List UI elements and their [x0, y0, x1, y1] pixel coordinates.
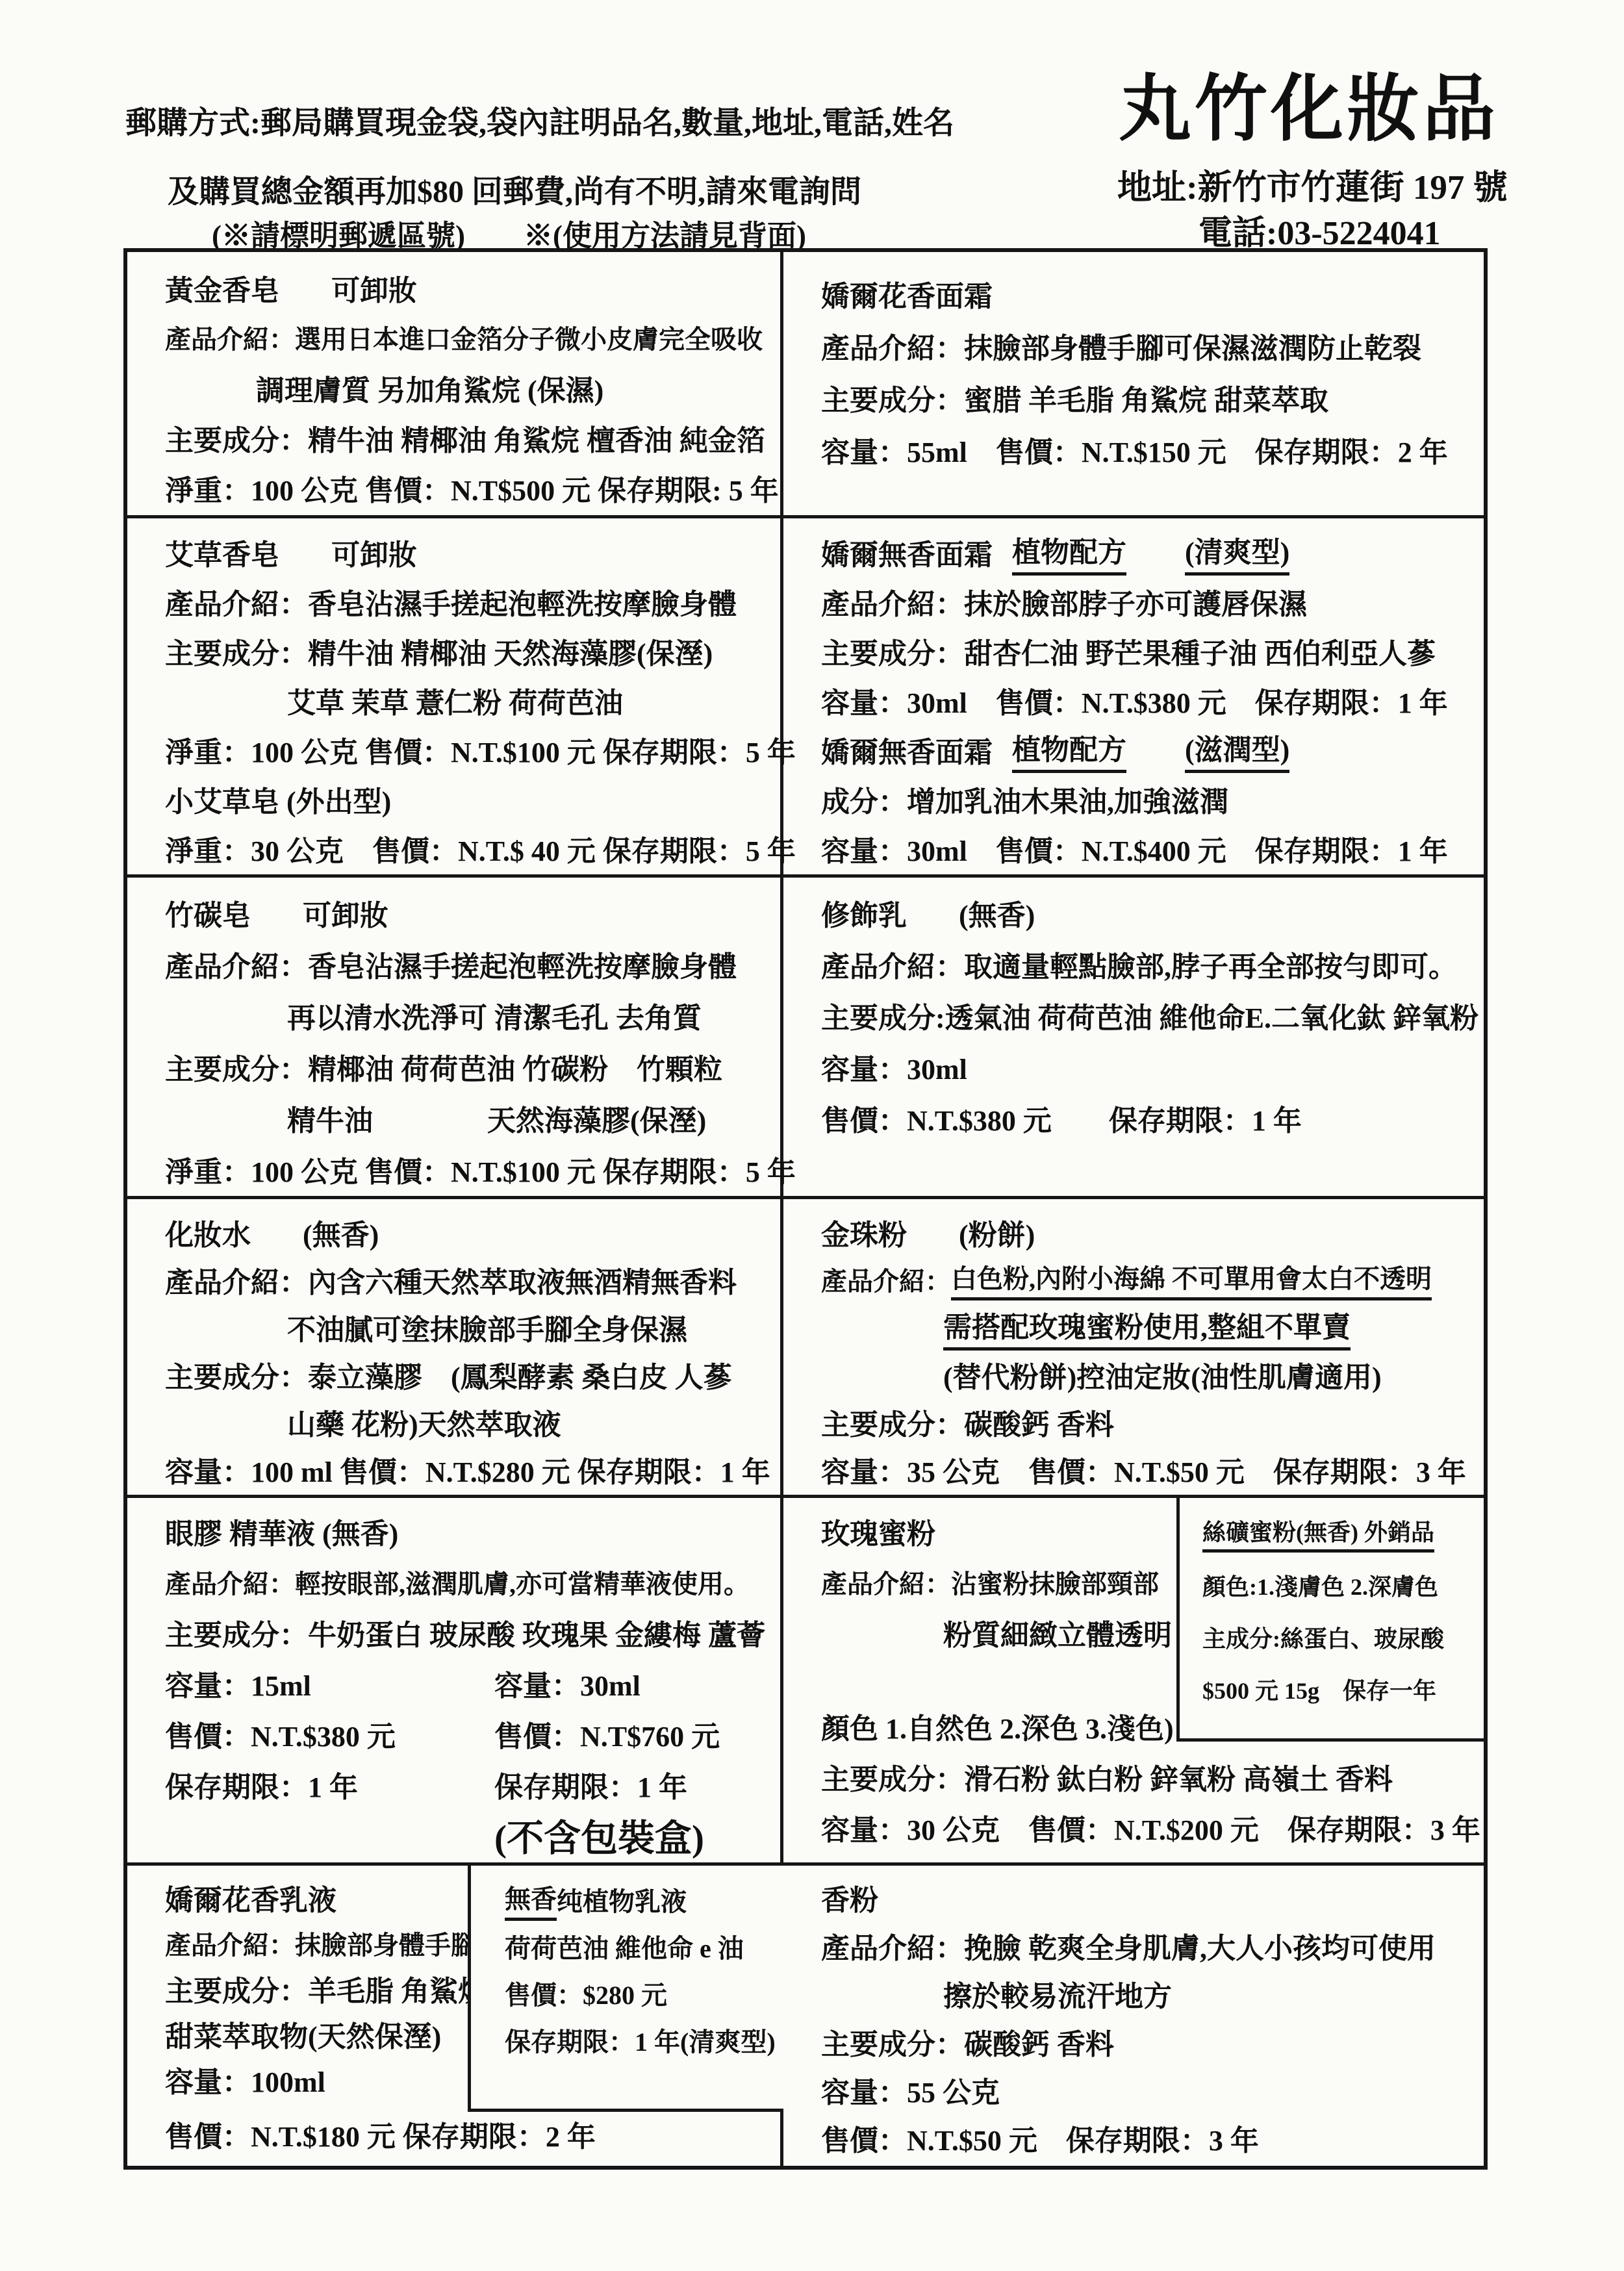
product-spec: 淨重：100 公克 售價：N.T$500 元 保存期限: 5 年 [165, 463, 772, 513]
product-intro: 產品介紹：選用日本進口金箔分子微小皮膚完全吸收 [165, 312, 772, 362]
product-ingredients: 荷荷芭油 維他命 e 油 [505, 1923, 780, 1970]
product-spec: 容量：30 公克 售價：N.T.$200 元 保存期限：3 年 [821, 1802, 1476, 1853]
product-intro: 產品介紹：抹於臉部脖子亦可護唇保濕 [821, 577, 1476, 626]
product-cell-gold-pearl-powder: 金珠粉(粉餅) 產品介紹：白色粉,內附小海綿 不可單用會太白不透明 需搭配玫瑰蜜… [783, 1199, 1484, 1498]
product-tag: 可卸妝 [303, 892, 388, 933]
product-cell-scented-powder: 香粉 產品介紹：挽臉 乾爽全身肌膚,大人小孩均可使用 擦於較易流汗地方 主要成分… [783, 1866, 1484, 2166]
variant-volume: 容量：15ml [165, 1658, 494, 1708]
product-cell-eye-gel: 眼膠 精華液 (無香) 產品介紹：輕按眼部,滋潤肌膚,亦可當精華液使用。 主要成… [127, 1498, 783, 1866]
product-cell-unscented-cream: 嬌爾無香面霜植物配方(清爽型) 產品介紹：抹於臉部脖子亦可護唇保濕 主要成分：甜… [783, 518, 1484, 878]
product-volume: 容量：30ml [821, 1041, 1476, 1092]
product-intro-cont: 再以清水洗淨可 清潔毛孔 去角質 [287, 995, 702, 1036]
product-tag: (粉餅) [959, 1212, 1035, 1253]
product-name: 艾草香皂 [165, 531, 279, 573]
product-name: 竹碳皂 [165, 892, 251, 933]
product-intro: 產品介紹：內含六種天然萃取液無酒精無香料 [165, 1256, 772, 1303]
product-ingredients: 主要成分：甜杏仁油 野芒果種子油 西伯利亞人蔘 [821, 626, 1476, 676]
product-ingredients: 主要成分：碳酸鈣 香料 [821, 1398, 1476, 1445]
product-intro-2: 成分：增加乳油木果油,加強滋潤 [821, 774, 1476, 824]
product-intro: 產品介紹：輕按眼部,滋潤肌膚,亦可當精華液使用。 [165, 1556, 772, 1607]
product-cell-toner: 化妝水(無香) 產品介紹：內含六種天然萃取液無酒精無香料 不油膩可塗抹臉部手腳全… [127, 1199, 783, 1498]
product-name: 化妝水 [165, 1212, 251, 1253]
product-tag: 可卸妝 [331, 531, 417, 573]
product-spec: 容量：35 公克 售價：N.T.$50 元 保存期限：3 年 [821, 1445, 1476, 1493]
catalog-table: 黃金香皂可卸妝 產品介紹：選用日本進口金箔分子微小皮膚完全吸收 調理膚質 另加角… [123, 248, 1488, 2170]
product-ingredients: 主要成分:透氣油 荷荷芭油 維他命E.二氧化鈦 鋅氧粉 [821, 989, 1476, 1041]
product-intro-cont: 調理膚質 另加角鯊烷 (保濕) [256, 367, 603, 409]
product-name: 嬌爾無香面霜 [821, 531, 993, 573]
product-spec: 售價：N.T.$380 元 保存期限：1 年 [821, 1092, 1476, 1143]
product-intro: 產品介紹：香皂沾濕手搓起泡輕洗按摩臉身體 [165, 577, 772, 626]
variant-volume: 容量：30ml [494, 1658, 772, 1708]
product-price: 售價：$280 元 [505, 1970, 780, 2016]
variant-shelf-life: 保存期限：1 年 [165, 1759, 494, 1810]
product-ingredients-cont: 山藥 花粉)天然萃取液 [287, 1401, 561, 1443]
product-ingredients: 主要成分：牛奶蛋白 玻尿酸 玫瑰果 金縷梅 蘆薈 [165, 1607, 772, 1658]
product-spec: 售價：N.T.$180 元 保存期限：2 年 [165, 2111, 772, 2157]
product-ingredients: 主要成分：精牛油 精椰油 天然海藻膠(保溼) [165, 626, 772, 676]
product-tag: 可卸妝 [331, 267, 417, 309]
product-ingredients: 主要成分：蜜腊 羊毛脂 角鯊烷 甜菜萃取 [821, 372, 1476, 424]
product-subvariant-spec: 淨重：30 公克 售價：N.T.$ 40 元 保存期限：5 年 [165, 824, 772, 873]
product-cell-bamboo-soap: 竹碳皂可卸妝 產品介紹：香皂沾濕手搓起泡輕洗按摩臉身體 再以清水洗淨可 清潔毛孔… [127, 878, 783, 1199]
product-name-underlined-part: 無香 [505, 1879, 557, 1921]
product-volume: 容量：55 公克 [821, 2066, 1476, 2114]
product-intro-cont: (替代粉餅)控油定妝(油性肌膚適用) [943, 1354, 1382, 1395]
brand-title: 丸竹化妝品 [1119, 51, 1499, 155]
product-ingredients: 主要成分：碳酸鈣 香料 [821, 2018, 1476, 2066]
product-ingredients: 主成分:絲蛋白、玻尿酸 [1202, 1611, 1480, 1663]
product-cell-makeup-base: 修飾乳(無香) 產品介紹：取適量輕點臉部,脖子再全部按勻即可。 主要成分:透氣油… [783, 878, 1484, 1199]
product-ingredients: 主要成分：滑石粉 鈦白粉 鋅氧粉 高嶺土 香料 [821, 1751, 1476, 1802]
brand-address: 地址:新竹市竹蓮街 197 號 [1117, 160, 1508, 209]
variant-shelf-life: 保存期限：1 年 [494, 1759, 772, 1810]
brand-phone: 電話:03-5224041 [1199, 205, 1441, 254]
product-ingredients: 主要成分：精椰油 荷荷芭油 竹碳粉 竹顆粒 [165, 1041, 772, 1092]
product-ingredients-cont: 艾草 茉草 薏仁粉 荷荷芭油 [287, 679, 623, 721]
product-tag: (無香) [959, 892, 1035, 933]
product-subvariant-name: 小艾草皂 (外出型) [165, 774, 772, 824]
product-cell-mugwort-soap: 艾草香皂可卸妝 產品介紹：香皂沾濕手搓起泡輕洗按摩臉身體 主要成分：精牛油 精椰… [127, 518, 783, 878]
product-tag: (無香) [303, 1212, 379, 1253]
product-ingredients-cont: 精牛油 天然海藻膠(保溼) [287, 1097, 706, 1139]
product-intro-underlined-2: 需搭配玫瑰蜜粉使用,整組不單賣 [943, 1304, 1351, 1351]
product-spec: $500 元 15g 保存一年 [1202, 1663, 1480, 1715]
product-intro: 產品介紹：香皂沾濕手搓起泡輕洗按摩臉身體 [165, 938, 772, 989]
product-spec: 淨重：100 公克 售價：N.T.$100 元 保存期限：5 年 [165, 1143, 772, 1195]
product-ingredients: 主要成分：泰立藻膠 (鳳梨酵素 桑白皮 人蔘 [165, 1351, 772, 1398]
product-type-label-2: (滋潤型) [1185, 726, 1289, 773]
product-name-rest: 纯植物乳液 [557, 1881, 687, 1918]
product-intro: 產品介紹：取適量輕點臉部,脖子再全部按勻即可。 [821, 938, 1476, 989]
variant-columns: 容量：15ml 售價：N.T.$380 元 保存期限：1 年 容量：30ml 售… [165, 1658, 772, 1860]
product-formula-label: 植物配方 [1012, 529, 1126, 576]
variant-packaging-note: (不含包裝盒) [494, 1810, 772, 1860]
variant-price: 售價：N.T.$380 元 [165, 1708, 494, 1759]
variant-price: 售價：N.T$760 元 [494, 1708, 772, 1759]
product-spec: 售價：N.T.$50 元 保存期限：3 年 [821, 2114, 1476, 2162]
product-intro: 產品介紹：挽臉 乾爽全身肌膚,大人小孩均可使用 [821, 1922, 1476, 1970]
product-spec: 淨重：100 公克 售價：N.T.$100 元 保存期限：5 年 [165, 725, 772, 774]
product-name-2: 嬌爾無香面霜 [821, 729, 993, 770]
product-name: 黃金香皂 [165, 267, 279, 309]
product-name: 金珠粉 [821, 1212, 907, 1253]
product-spec-2: 容量：30ml 售價：N.T.$400 元 保存期限：1 年 [821, 824, 1476, 873]
product-cell-golden-soap: 黃金香皂可卸妝 產品介紹：選用日本進口金箔分子微小皮膚完全吸收 調理膚質 另加角… [127, 252, 783, 518]
product-intro-cont: 粉質細緻立體透明 [943, 1612, 1172, 1653]
mail-order-instructions-line2: 及購買總金額再加$80 回郵費,尚有不明,請來電詢問 [168, 166, 861, 211]
product-spec: 容量：30ml 售價：N.T.$380 元 保存期限：1 年 [821, 676, 1476, 725]
scanned-price-list-page: 郵購方式:郵局購買現金袋,袋內註明品名,數量,地址,電話,姓名 及購買總金額再加… [0, 0, 1624, 2271]
variant-30ml-column: 容量：30ml 售價：N.T$760 元 保存期限：1 年 (不含包裝盒) [494, 1658, 772, 1860]
product-spec: 容量：100 ml 售價：N.T.$280 元 保存期限：1 年 [165, 1445, 772, 1493]
product-spec: 容量：55ml 售價：N.T.$150 元 保存期限：2 年 [821, 424, 1476, 476]
product-name: 嬌爾花香面霜 [821, 268, 1476, 320]
product-shelf-life: 保存期限：1 年(清爽型) [505, 2016, 780, 2063]
product-formula-label-2: 植物配方 [1012, 726, 1126, 773]
product-ingredients: 主要成分：精牛油 精椰油 角鯊烷 檀香油 純金箔 [165, 412, 772, 463]
variant-15ml-column: 容量：15ml 售價：N.T.$380 元 保存期限：1 年 [165, 1658, 494, 1860]
product-name: 香粉 [821, 1873, 1476, 1922]
product-type-label: (清爽型) [1185, 529, 1289, 576]
product-box-plant-lotion: 無香纯植物乳液 荷荷芭油 維他命 e 油 售價：$280 元 保存期限：1 年(… [468, 1866, 783, 2112]
product-box-silk-mineral-powder: 絲礦蜜粉(無香) 外銷品 顏色:1.淺膚色 2.深膚色 主成分:絲蛋白、玻尿酸 … [1176, 1498, 1484, 1742]
product-intro-cont: 不油膩可塗抹臉部手腳全身保濕 [287, 1306, 687, 1348]
product-intro-label: 產品介紹： [821, 1261, 951, 1298]
product-name: 絲礦蜜粉(無香) 外銷品 [1202, 1514, 1434, 1553]
product-name: 眼膠 精華液 (無香) [165, 1506, 772, 1556]
product-intro: 產品介紹：抹臉部身體手腳可保濕滋潤防止乾裂 [821, 320, 1476, 372]
product-cell-floral-cream: 嬌爾花香面霜 產品介紹：抹臉部身體手腳可保濕滋潤防止乾裂 主要成分：蜜腊 羊毛脂… [783, 252, 1484, 518]
product-intro-cont: 擦於較易流汗地方 [943, 1973, 1172, 2014]
product-name: 修飾乳 [821, 892, 907, 933]
product-color-options: 顏色:1.淺膚色 2.深膚色 [1202, 1559, 1480, 1611]
mail-order-instructions-line1: 郵購方式:郵局購買現金袋,袋內註明品名,數量,地址,電話,姓名 [125, 97, 954, 142]
product-intro-underlined: 白色粉,內附小海綿 不可單用會太白不透明 [951, 1258, 1432, 1300]
